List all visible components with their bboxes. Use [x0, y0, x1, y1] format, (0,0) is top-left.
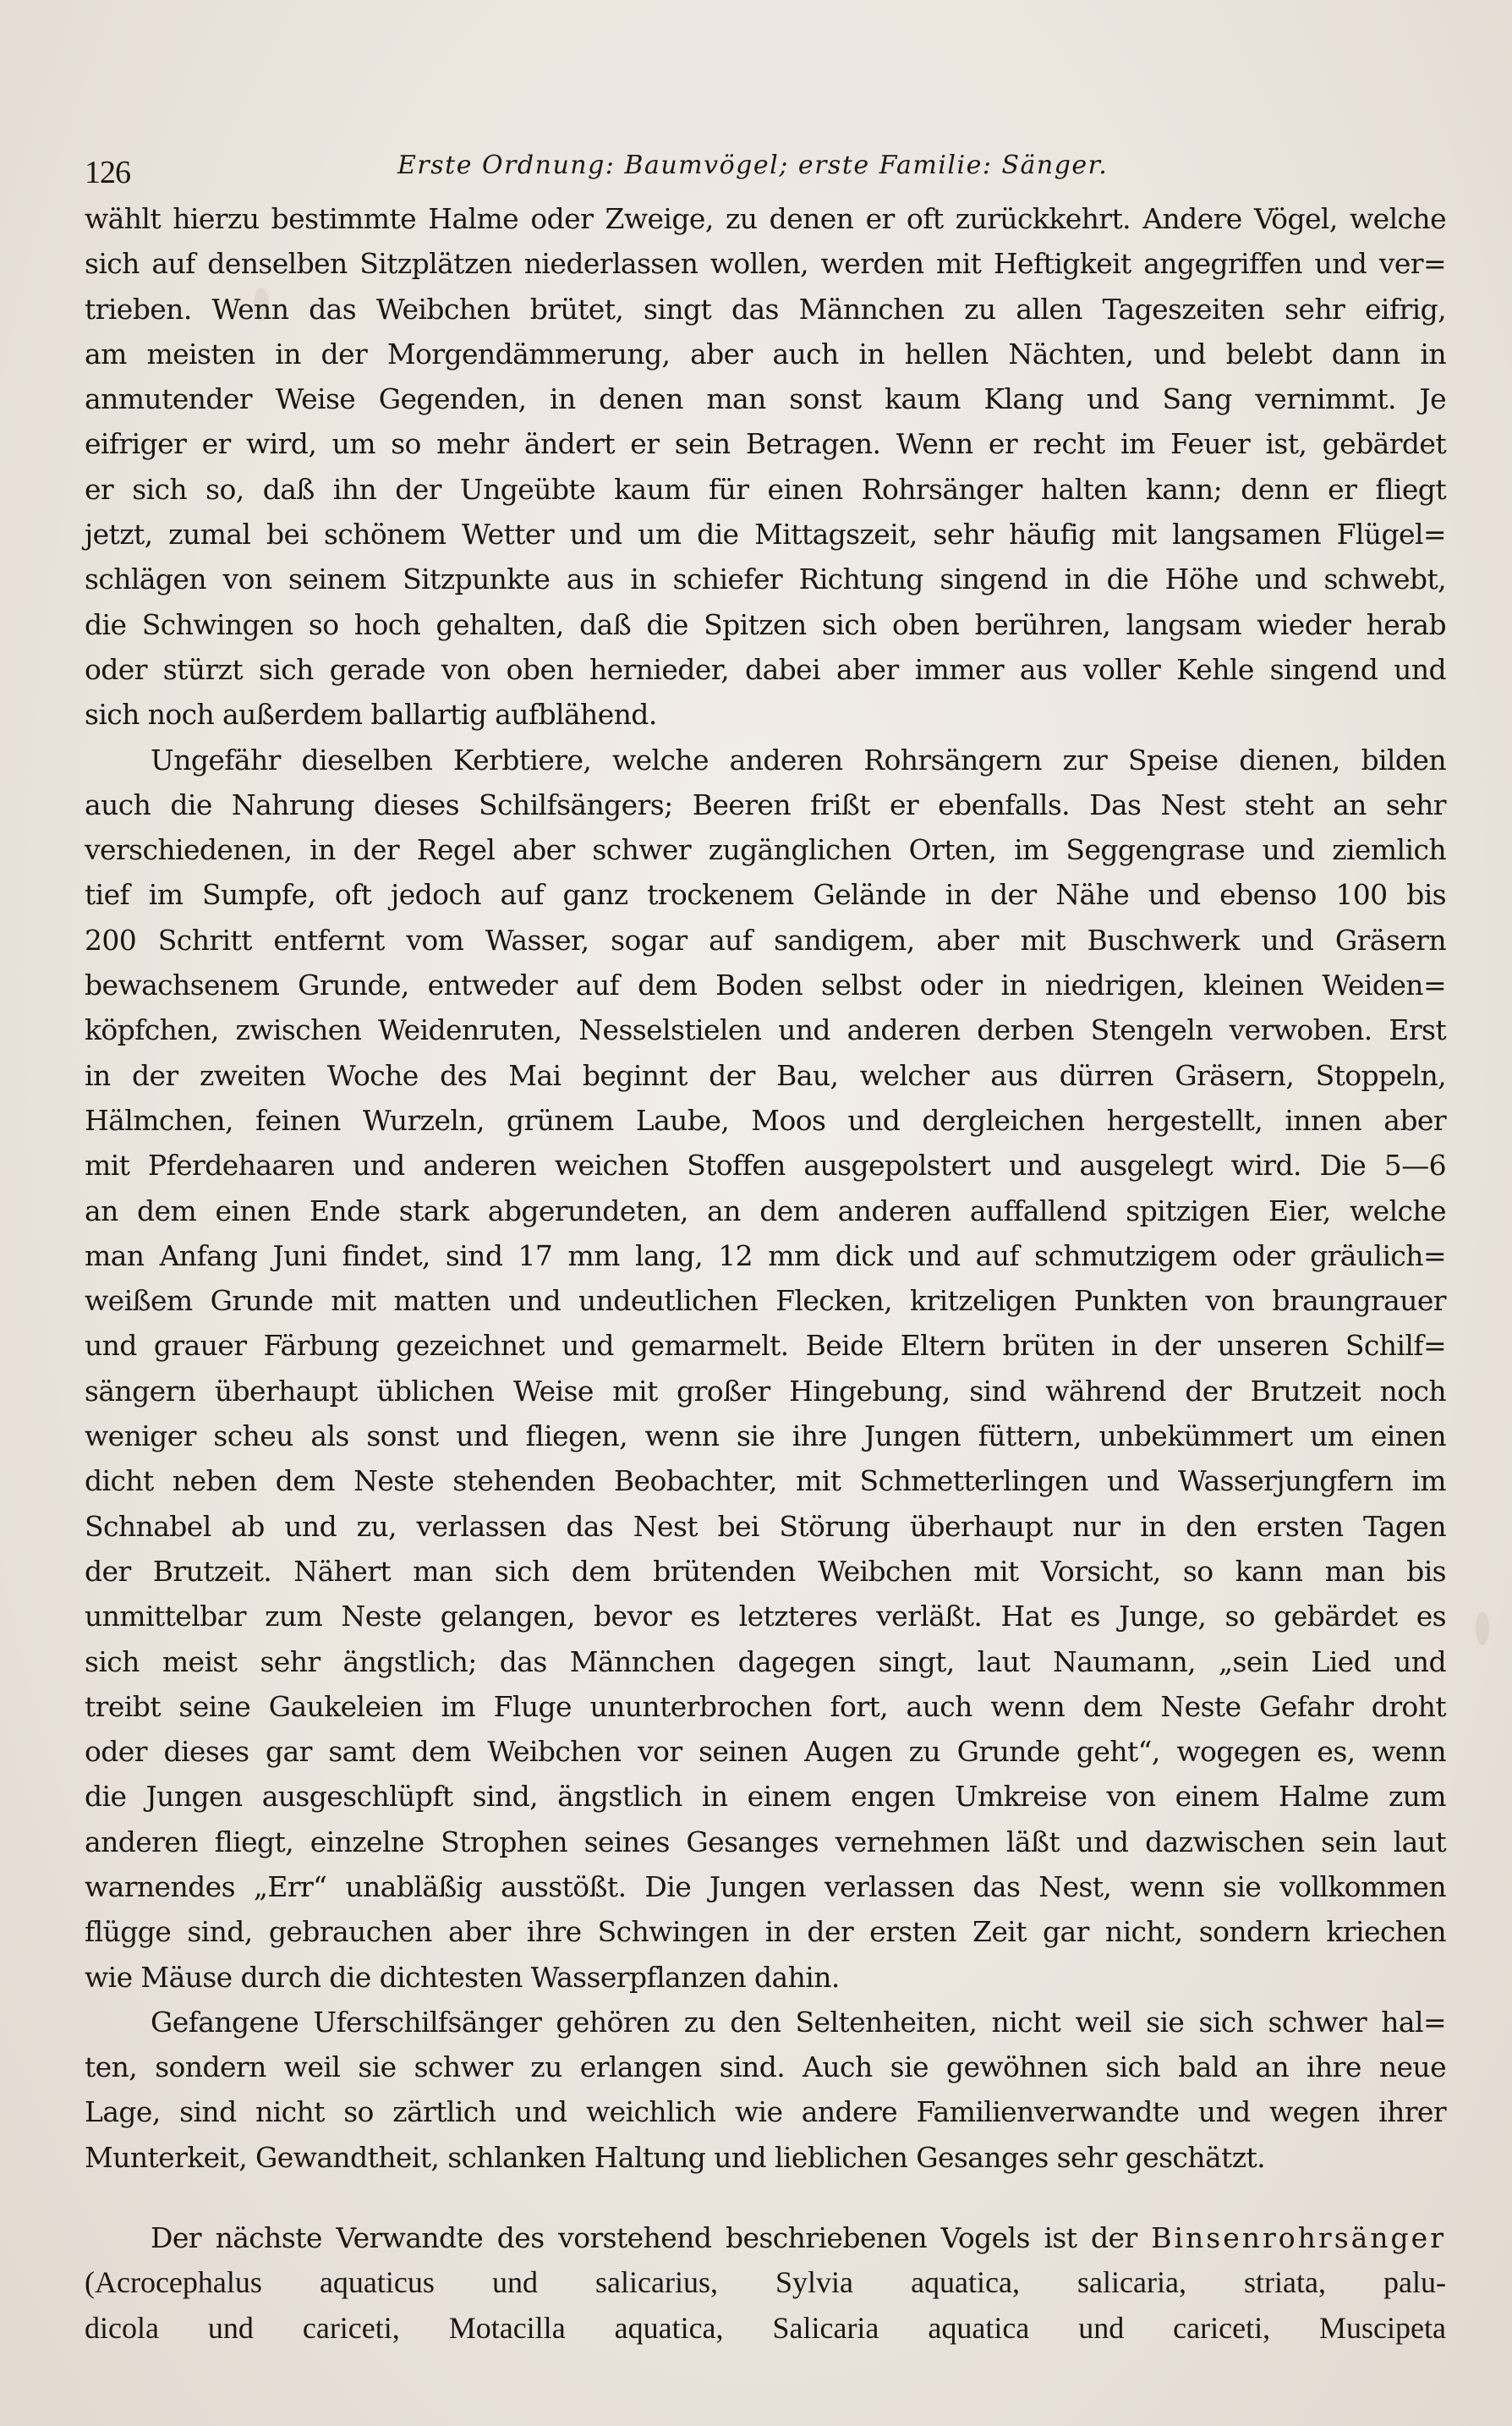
text-line: am meisten in der Morgendämmerung, aber …: [85, 332, 1446, 376]
text-line: an dem einen Ende stark abgerundeten, an…: [85, 1188, 1446, 1233]
text-line: tief im Sumpfe, oft jedoch auf ganz troc…: [85, 872, 1446, 917]
text-line: wählt hierzu bestimmte Halme oder Zweige…: [85, 196, 1446, 241]
text-line: sich meist sehr ängstlich; das Männchen …: [85, 1639, 1446, 1684]
text-line: Munterkeit, Gewandtheit, schlanken Haltu…: [85, 2135, 1446, 2180]
text-line: anderen fliegt, einzelne Strophen seines…: [85, 1819, 1446, 1864]
text-line: flügge sind, gebrauchen aber ihre Schwin…: [85, 1909, 1446, 1954]
page-number: 126: [85, 154, 130, 191]
text-line: warnendes „Err“ unabläßig ausstößt. Die …: [85, 1864, 1446, 1909]
book-page: 126 Erste Ordnung: Baumvögel; erste Fami…: [0, 0, 1512, 2426]
paragraph-2: Ungefähr dieselben Kerbtiere, welche and…: [85, 738, 1446, 2000]
text-line: der Brutzeit. Nähert man sich dem brüten…: [85, 1549, 1446, 1594]
text-line: unmittelbar zum Neste gelangen, bevor es…: [85, 1594, 1446, 1638]
text-line: und grauer Färbung gezeichnet und gemarm…: [85, 1323, 1446, 1368]
paper-stain: [1476, 1611, 1489, 1645]
text-line: ten, sondern weil sie schwer zu erlangen…: [85, 2045, 1446, 2089]
running-header: 126 Erste Ordnung: Baumvögel; erste Fami…: [85, 151, 1446, 201]
text-line: weniger scheu als sonst und fliegen, wen…: [85, 1413, 1446, 1458]
text-line: köpfchen, zwischen Weidenruten, Nesselst…: [85, 1007, 1446, 1052]
text-line: anmutender Weise Gegenden, in denen man …: [85, 376, 1446, 421]
text-line: 200 Schritt entfernt vom Wasser, sogar a…: [85, 918, 1446, 963]
text-line: verschiedenen, in der Regel aber schwer …: [85, 827, 1446, 872]
text-line: die Jungen ausgeschlüpft sind, ängstlich…: [85, 1774, 1446, 1819]
text-line: Gefangene Uferschilfsänger gehören zu de…: [85, 2000, 1446, 2045]
text-line: Ungefähr dieselben Kerbtiere, welche and…: [85, 738, 1446, 782]
text-line: sängern überhaupt üblichen Weise mit gro…: [85, 1369, 1446, 1413]
text-line: (Acrocephalus aquaticus und salicarius, …: [85, 2260, 1446, 2305]
text-line: er sich so, daß ihn der Ungeübte kaum fü…: [85, 467, 1446, 512]
closing-paragraph: Der nächste Verwandte des vorstehend bes…: [85, 2215, 1446, 2351]
section-gap: [85, 2180, 1446, 2215]
text-line: auch die Nahrung dieses Schilfsängers; B…: [85, 782, 1446, 827]
text-line: jetzt, zumal bei schönem Wetter und um d…: [85, 512, 1446, 557]
text-line: oder stürzt sich gerade von oben hernied…: [85, 647, 1446, 692]
text-line: wie Mäuse durch die dichtesten Wasserpfl…: [85, 1955, 1446, 2000]
text-line: Lage, sind nicht so zärtlich und weichli…: [85, 2089, 1446, 2134]
text-line: trieben. Wenn das Weibchen brütet, singt…: [85, 287, 1446, 332]
running-title: Erste Ordnung: Baumvögel; erste Familie:…: [397, 151, 1108, 180]
text-line: oder dieses gar samt dem Weibchen vor se…: [85, 1729, 1446, 1774]
text-line: weißem Grunde mit matten und undeutliche…: [85, 1278, 1446, 1323]
text-line: mit Pferdehaaren und anderen weichen Sto…: [85, 1143, 1446, 1188]
closing-line-1-prefix: Der nächste Verwandte des vorstehend bes…: [151, 2221, 1151, 2254]
text-line: dicht neben dem Neste stehenden Beobacht…: [85, 1458, 1446, 1503]
text-line: schlägen von seinem Sitzpunkte aus in sc…: [85, 557, 1446, 601]
text-line: man Anfang Juni findet, sind 17 mm lang,…: [85, 1233, 1446, 1278]
body-text: wählt hierzu bestimmte Halme oder Zweige…: [85, 196, 1446, 2351]
text-line: dicola und cariceti, Motacilla aquatica,…: [85, 2306, 1446, 2351]
text-line: Schnabel ab und zu, verlassen das Nest b…: [85, 1504, 1446, 1549]
text-line: die Schwingen so hoch gehalten, daß die …: [85, 602, 1446, 647]
text-line: eifriger er wird, um so mehr ändert er s…: [85, 421, 1446, 466]
species-name: Binsenrohrsänger: [1151, 2221, 1446, 2254]
text-line: bewachsenem Grunde, entweder auf dem Bod…: [85, 963, 1446, 1007]
paragraph-1: wählt hierzu bestimmte Halme oder Zweige…: [85, 196, 1446, 738]
text-line: sich noch außerdem ballartig aufblähend.: [85, 692, 1446, 737]
text-line: in der zweiten Woche des Mai beginnt der…: [85, 1053, 1446, 1098]
paragraph-3: Gefangene Uferschilfsänger gehören zu de…: [85, 2000, 1446, 2180]
text-line: treibt seine Gaukeleien im Fluge ununter…: [85, 1684, 1446, 1729]
text-line: sich auf denselben Sitzplätzen niederlas…: [85, 241, 1446, 286]
text-line: Hälmchen, feinen Wurzeln, grünem Laube, …: [85, 1098, 1446, 1143]
text-line: Der nächste Verwandte des vorstehend bes…: [85, 2215, 1446, 2260]
